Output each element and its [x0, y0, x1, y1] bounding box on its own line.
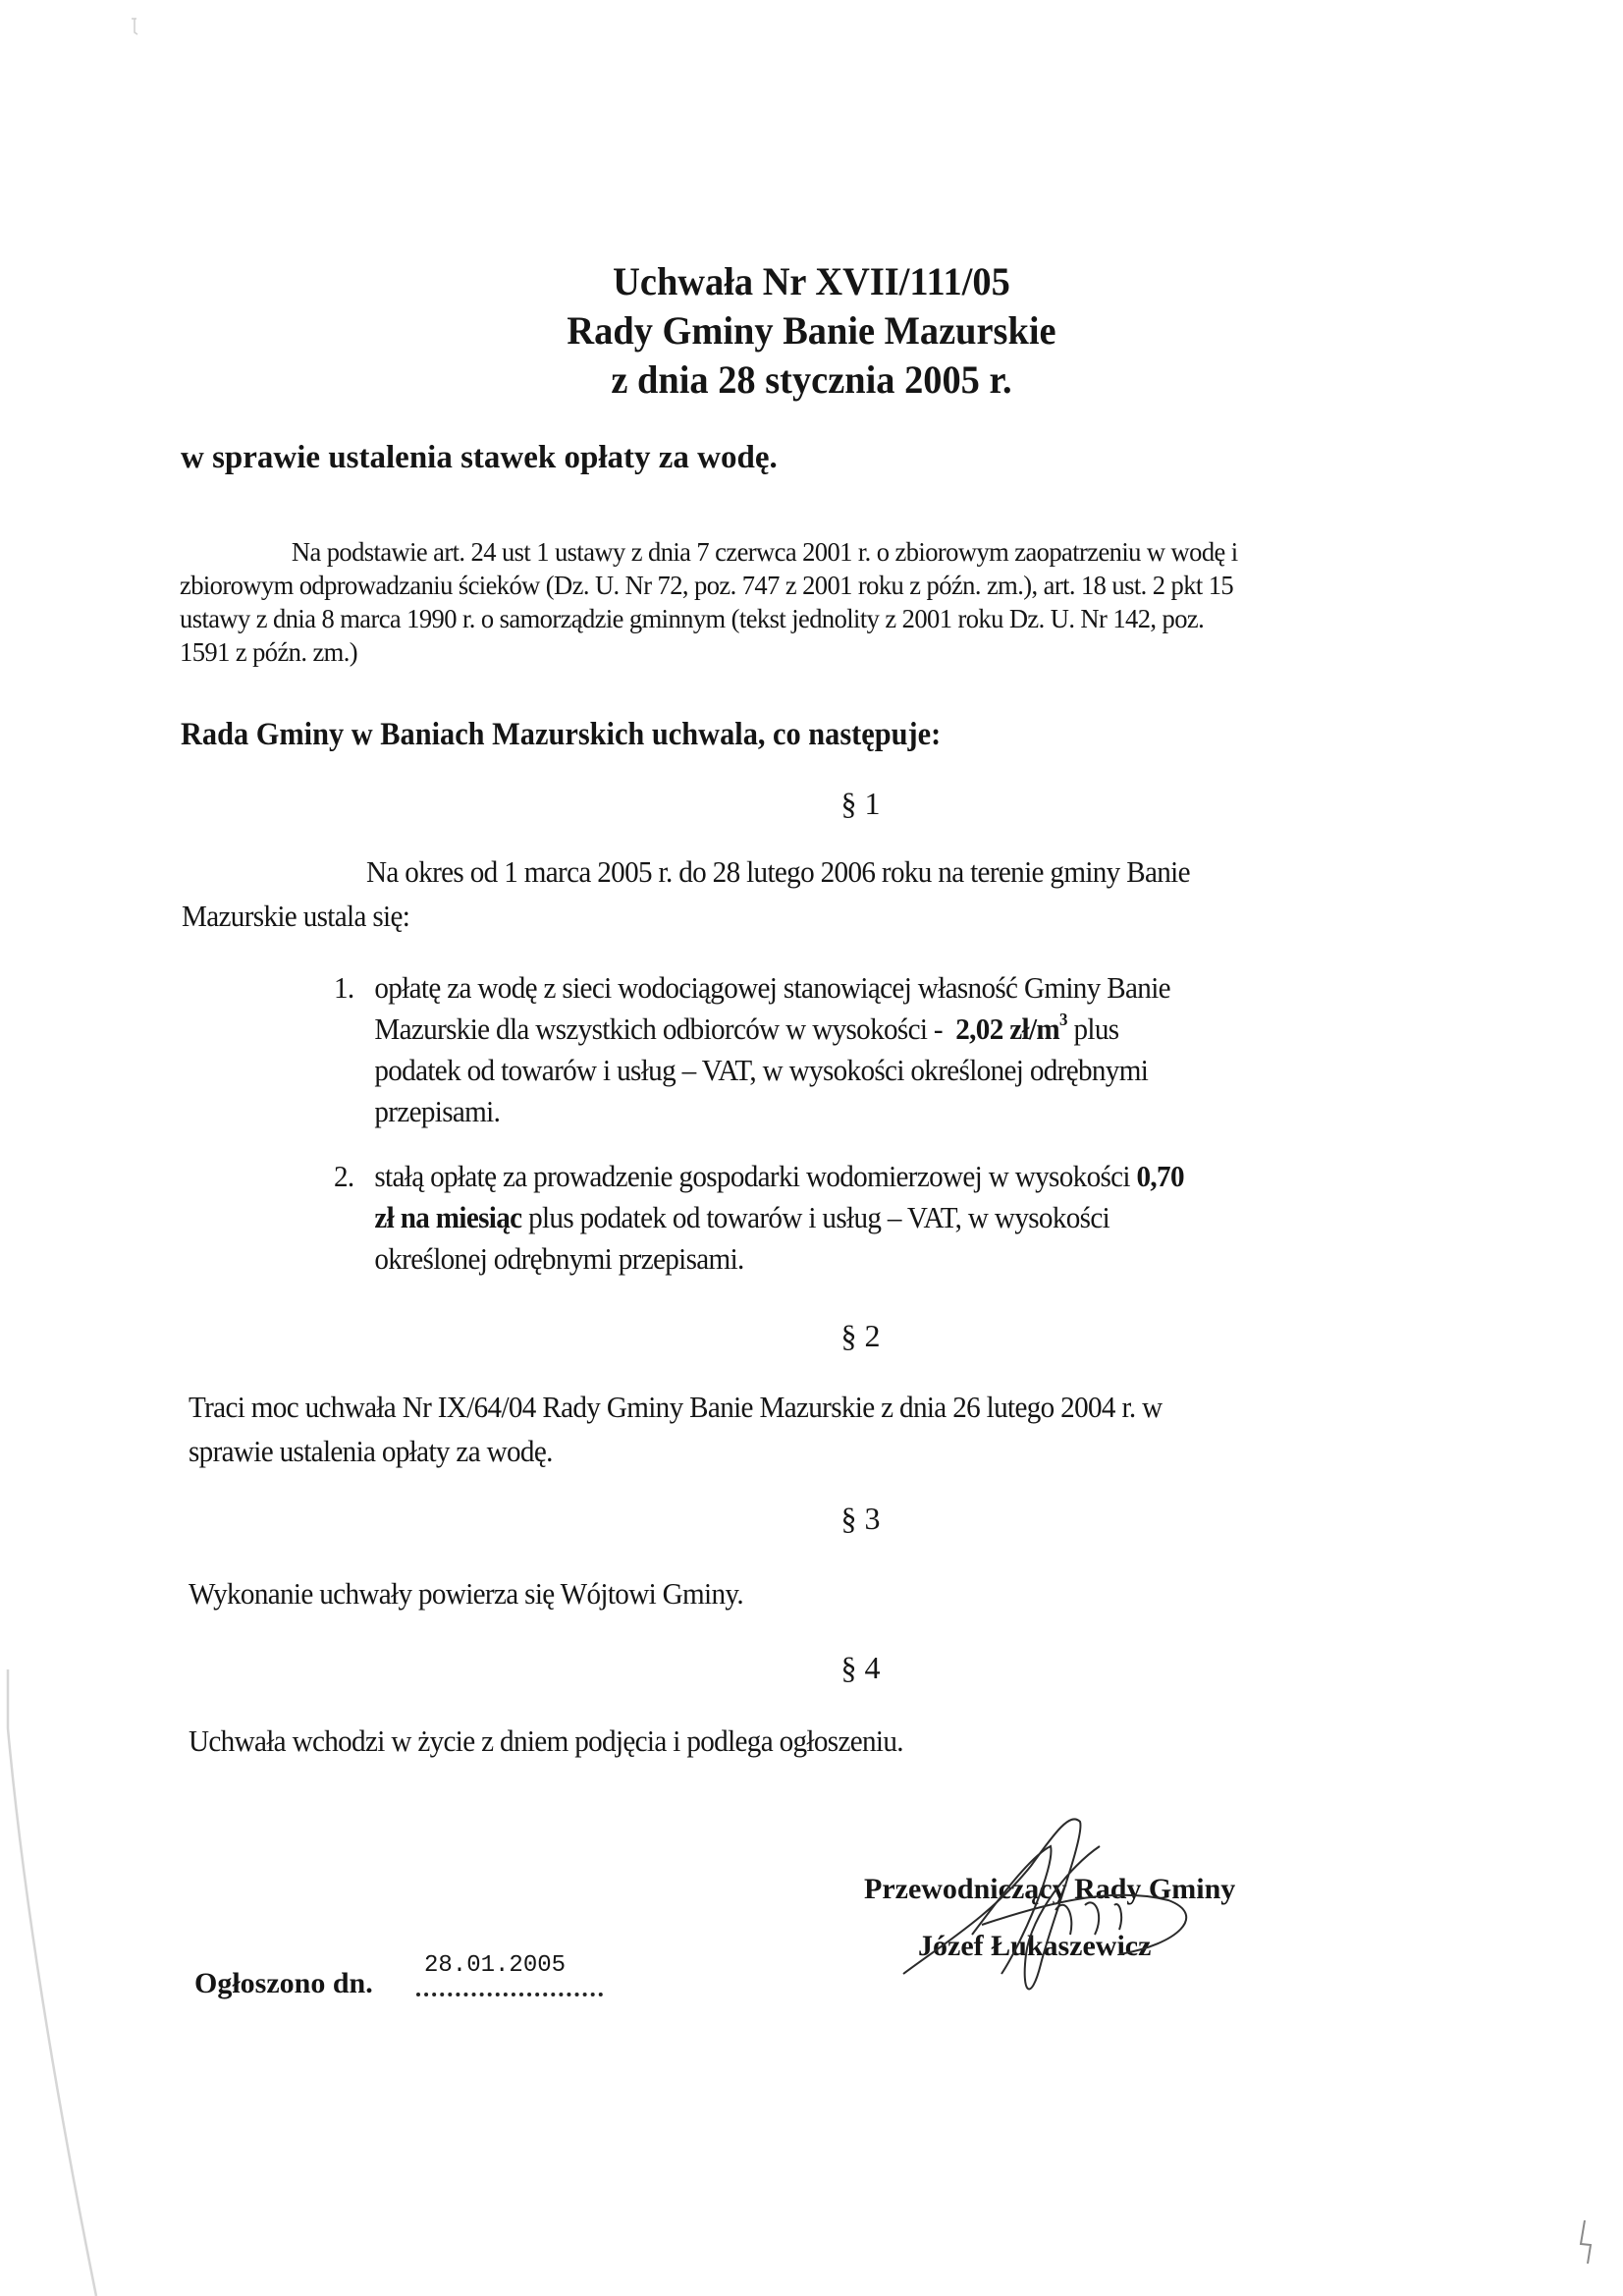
- section-1-intro: Na okres od 1 marca 2005 r. do 28 lutego…: [182, 849, 1390, 938]
- rate-exponent: 3: [1059, 1010, 1067, 1029]
- handwritten-signature-icon: [884, 1807, 1227, 2013]
- title-line: Uchwała Nr XVII/111/05: [32, 257, 1591, 306]
- resolution-subject: w sprawie ustalenia stawek opłaty za wod…: [181, 440, 778, 476]
- item-line: podatek od towarów i usług – VAT, w wyso…: [374, 1050, 1404, 1091]
- item-line: określonej odrębnymi przepisami.: [374, 1238, 1404, 1280]
- item-text: Mazurskie dla wszystkich odbiorców w wys…: [374, 1011, 943, 1046]
- section-2-text: Traci moc uchwała Nr IX/64/04 Rady Gminy…: [189, 1385, 1407, 1473]
- enactment-clause: Rada Gminy w Baniach Mazurskich uchwala,…: [181, 717, 941, 753]
- rate-item-water: 1. opłatę za wodę z sieci wodociągowej s…: [334, 967, 1404, 1132]
- document-page: Uchwała Nr XVII/111/05 Rady Gminy Banie …: [0, 0, 1623, 2296]
- legal-basis-line: zbiorowym odprowadzaniu ścieków (Dz. U. …: [180, 569, 1412, 602]
- item-text: stałą opłatę za prowadzenie gospodarki w…: [374, 1159, 1130, 1193]
- section-1-intro-line: Na okres od 1 marca 2005 r. do 28 lutego…: [182, 849, 1390, 894]
- title-line: Rady Gminy Banie Mazurskie: [32, 306, 1591, 355]
- announcement-label: Ogłoszono dn.: [194, 1967, 373, 2000]
- section-mark-3: § 3: [49, 1501, 1623, 1537]
- section-mark-1: § 1: [49, 786, 1623, 822]
- title-line: z dnia 28 stycznia 2005 r.: [32, 355, 1591, 405]
- resolution-title: Uchwała Nr XVII/111/05 Rady Gminy Banie …: [0, 257, 1623, 405]
- legal-basis-paragraph: Na podstawie art. 24 ust 1 ustawy z dnia…: [180, 535, 1412, 669]
- section-1-intro-line: Mazurskie ustala się:: [182, 894, 1390, 938]
- legal-basis-line: ustawy z dnia 8 marca 1990 r. o samorząd…: [180, 602, 1412, 635]
- item-line: przepisami.: [374, 1091, 1404, 1132]
- item-text: plus podatek od towarów i usług – VAT, w…: [528, 1200, 1109, 1234]
- section-2-line: sprawie ustalenia opłaty za wodę.: [189, 1429, 1407, 1473]
- item-line: zł na miesiąc plus podatek od towarów i …: [374, 1197, 1404, 1238]
- signatory-name: Józef Łukaszewicz: [918, 1930, 1151, 1963]
- section-mark-2: § 2: [49, 1318, 1623, 1354]
- legal-basis-line: Na podstawie art. 24 ust 1 ustawy z dnia…: [292, 536, 1238, 567]
- signatory-title: Przewodniczący Rady Gminy: [864, 1873, 1235, 1906]
- section-mark-4: § 4: [49, 1650, 1623, 1686]
- section-2-line: Traci moc uchwała Nr IX/64/04 Rady Gminy…: [189, 1385, 1407, 1429]
- meter-rate-unit: zł na miesiąc: [374, 1200, 521, 1234]
- section-4-text: Uchwała wchodzi w życie z dniem podjęcia…: [189, 1719, 903, 1763]
- item-number: 1.: [334, 967, 354, 1009]
- scan-edge-line: [0, 1669, 118, 2296]
- item-number: 2.: [334, 1156, 354, 1197]
- rate-item-meter: 2. stałą opłatę za prowadzenie gospodark…: [334, 1156, 1404, 1280]
- item-line: stałą opłatę za prowadzenie gospodarki w…: [374, 1156, 1404, 1197]
- meter-rate-value: 0,70: [1137, 1159, 1184, 1193]
- section-3-text: Wykonanie uchwały powierza się Wójtowi G…: [189, 1571, 743, 1615]
- announcement-date: 28.01.2005: [424, 1952, 566, 1979]
- item-line: opłatę za wodę z sieci wodociągowej stan…: [374, 967, 1404, 1009]
- water-rate-value: 2,02 zł/m3: [955, 1011, 1067, 1046]
- item-text: plus: [1073, 1011, 1118, 1046]
- date-dotted-line: [416, 1993, 603, 1996]
- item-line: Mazurskie dla wszystkich odbiorców w wys…: [374, 1009, 1404, 1050]
- water-rate: 2,02 zł/m: [955, 1011, 1059, 1046]
- scan-mark-top: [128, 15, 147, 39]
- legal-basis-line: 1591 z późn. zm.): [180, 635, 1412, 669]
- page-number-mark: [1571, 2214, 1600, 2264]
